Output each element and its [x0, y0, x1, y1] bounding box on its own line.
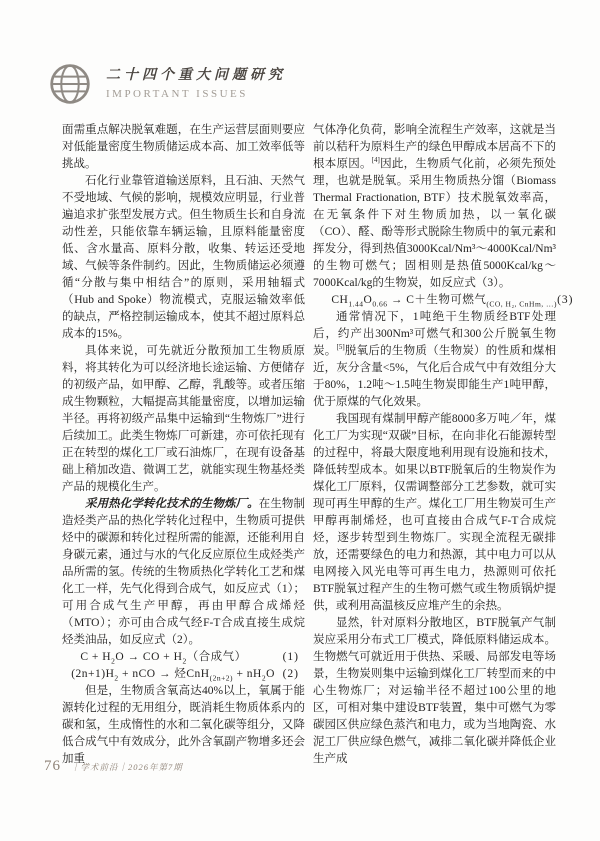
paragraph: 具体来说，可先就近分散预加工生物质原料，将其转化为可以经济地长途运输、方便储存的… — [62, 343, 305, 496]
equation-body: CH1.44O0.66 → C＋生物可燃气(CO, H₂, CnHm, …) — [331, 292, 557, 309]
reaction-equation-1: C + H2O → CO + H2（合成气） (1) — [62, 649, 305, 666]
paragraph: 我国现有煤制甲醇产能8000多万吨／年，煤化工厂为实现“双碳”目标，在向非化石能… — [313, 411, 556, 615]
equation-body: C + H2O → CO + H2（合成气） — [80, 649, 246, 666]
paragraph: 石化行业靠管道输送原料，且石油、天然气不受地域、气候的影响，规模效应明显，行业普… — [62, 173, 305, 343]
paragraph: 气体净化负荷，影响全流程生产效率，这就是当前以秸秆为原料生产的绿色甲醇成本居高不… — [313, 122, 556, 292]
article-body: 面需重点解决脱氧难题，在生产运营层面则要应对低能量密度生物质储运成本高、加工效率… — [62, 122, 556, 768]
equation-body: (2n+1)H2 + nCO → 烃CnH(2n+2) + nH2O — [71, 666, 275, 683]
emphasis-lead: 采用热化学转化技术的生物炼厂。 — [85, 498, 259, 510]
page-footer: 76 ｜学术前沿｜2026年第7期 — [44, 758, 183, 775]
equation-number: (3) — [557, 292, 573, 309]
header-text-block: 二十四个重大问题研究 IMPORTANT ISSUES — [106, 67, 286, 101]
paragraph: 显然，针对原料分散地区，BTF脱氧产气制炭应采用分布式工厂模式，降低原料储运成本… — [313, 615, 556, 768]
document-page: 二十四个重大问题研究 IMPORTANT ISSUES 面需重点解决脱氧难题，在… — [0, 0, 600, 841]
globe-icon — [48, 62, 92, 106]
equation-number: (2) — [283, 666, 299, 683]
journal-issue-info: ｜学术前沿｜2026年第7期 — [71, 761, 183, 773]
reaction-equation-3: CH1.44O0.66 → C＋生物可燃气(CO, H₂, CnHm, …) (… — [313, 292, 556, 309]
reaction-equation-2: (2n+1)H2 + nCO → 烃CnH(2n+2) + nH2O (2) — [62, 666, 305, 683]
paragraph: 采用热化学转化技术的生物炼厂。在生物制造烃类产品的热化学转化过程中，生物质可提供… — [62, 496, 305, 649]
paragraph: 面需重点解决脱氧难题，在生产运营层面则要应对低能量密度生物质储运成本高、加工效率… — [62, 122, 305, 173]
right-column: 气体净化负荷，影响全流程生产效率，这就是当前以秸秆为原料生产的绿色甲醇成本居高不… — [313, 122, 556, 768]
paragraph: 通常情况下，1吨绝干生物质经BTF处理后，约产出300Nm³可燃气和300公斤脱… — [313, 309, 556, 411]
section-subtitle: IMPORTANT ISSUES — [106, 87, 286, 101]
paragraph: 但是，生物质含氧高达40%以上，氧属于能源转化过程的无用组分，既消耗生物质体系内… — [62, 683, 305, 768]
footnote-marker: [5] — [336, 343, 344, 351]
page-number: 76 — [44, 758, 61, 775]
equation-number: (1) — [283, 649, 299, 666]
paragraph-text: 在生物制造烃类产品的热化学转化过程中，生物质可提供烃中的碳源和转化过程所需的能源… — [62, 498, 305, 646]
paragraph-text: 脱氧后的生物质（生物炭）的性质和煤相近，灰分含量<5%，气化后合成气中有效组分大… — [313, 345, 556, 408]
paragraph-text: 因此，生物质气化前，必须先预处理，也就是脱氧。采用生物质热分馏（Biomass … — [313, 158, 556, 289]
section-title: 二十四个重大问题研究 — [106, 67, 286, 85]
page-header: 二十四个重大问题研究 IMPORTANT ISSUES — [48, 62, 286, 106]
footnote-marker: [4] — [372, 156, 380, 164]
left-column: 面需重点解决脱氧难题，在生产运营层面则要应对低能量密度生物质储运成本高、加工效率… — [62, 122, 305, 768]
